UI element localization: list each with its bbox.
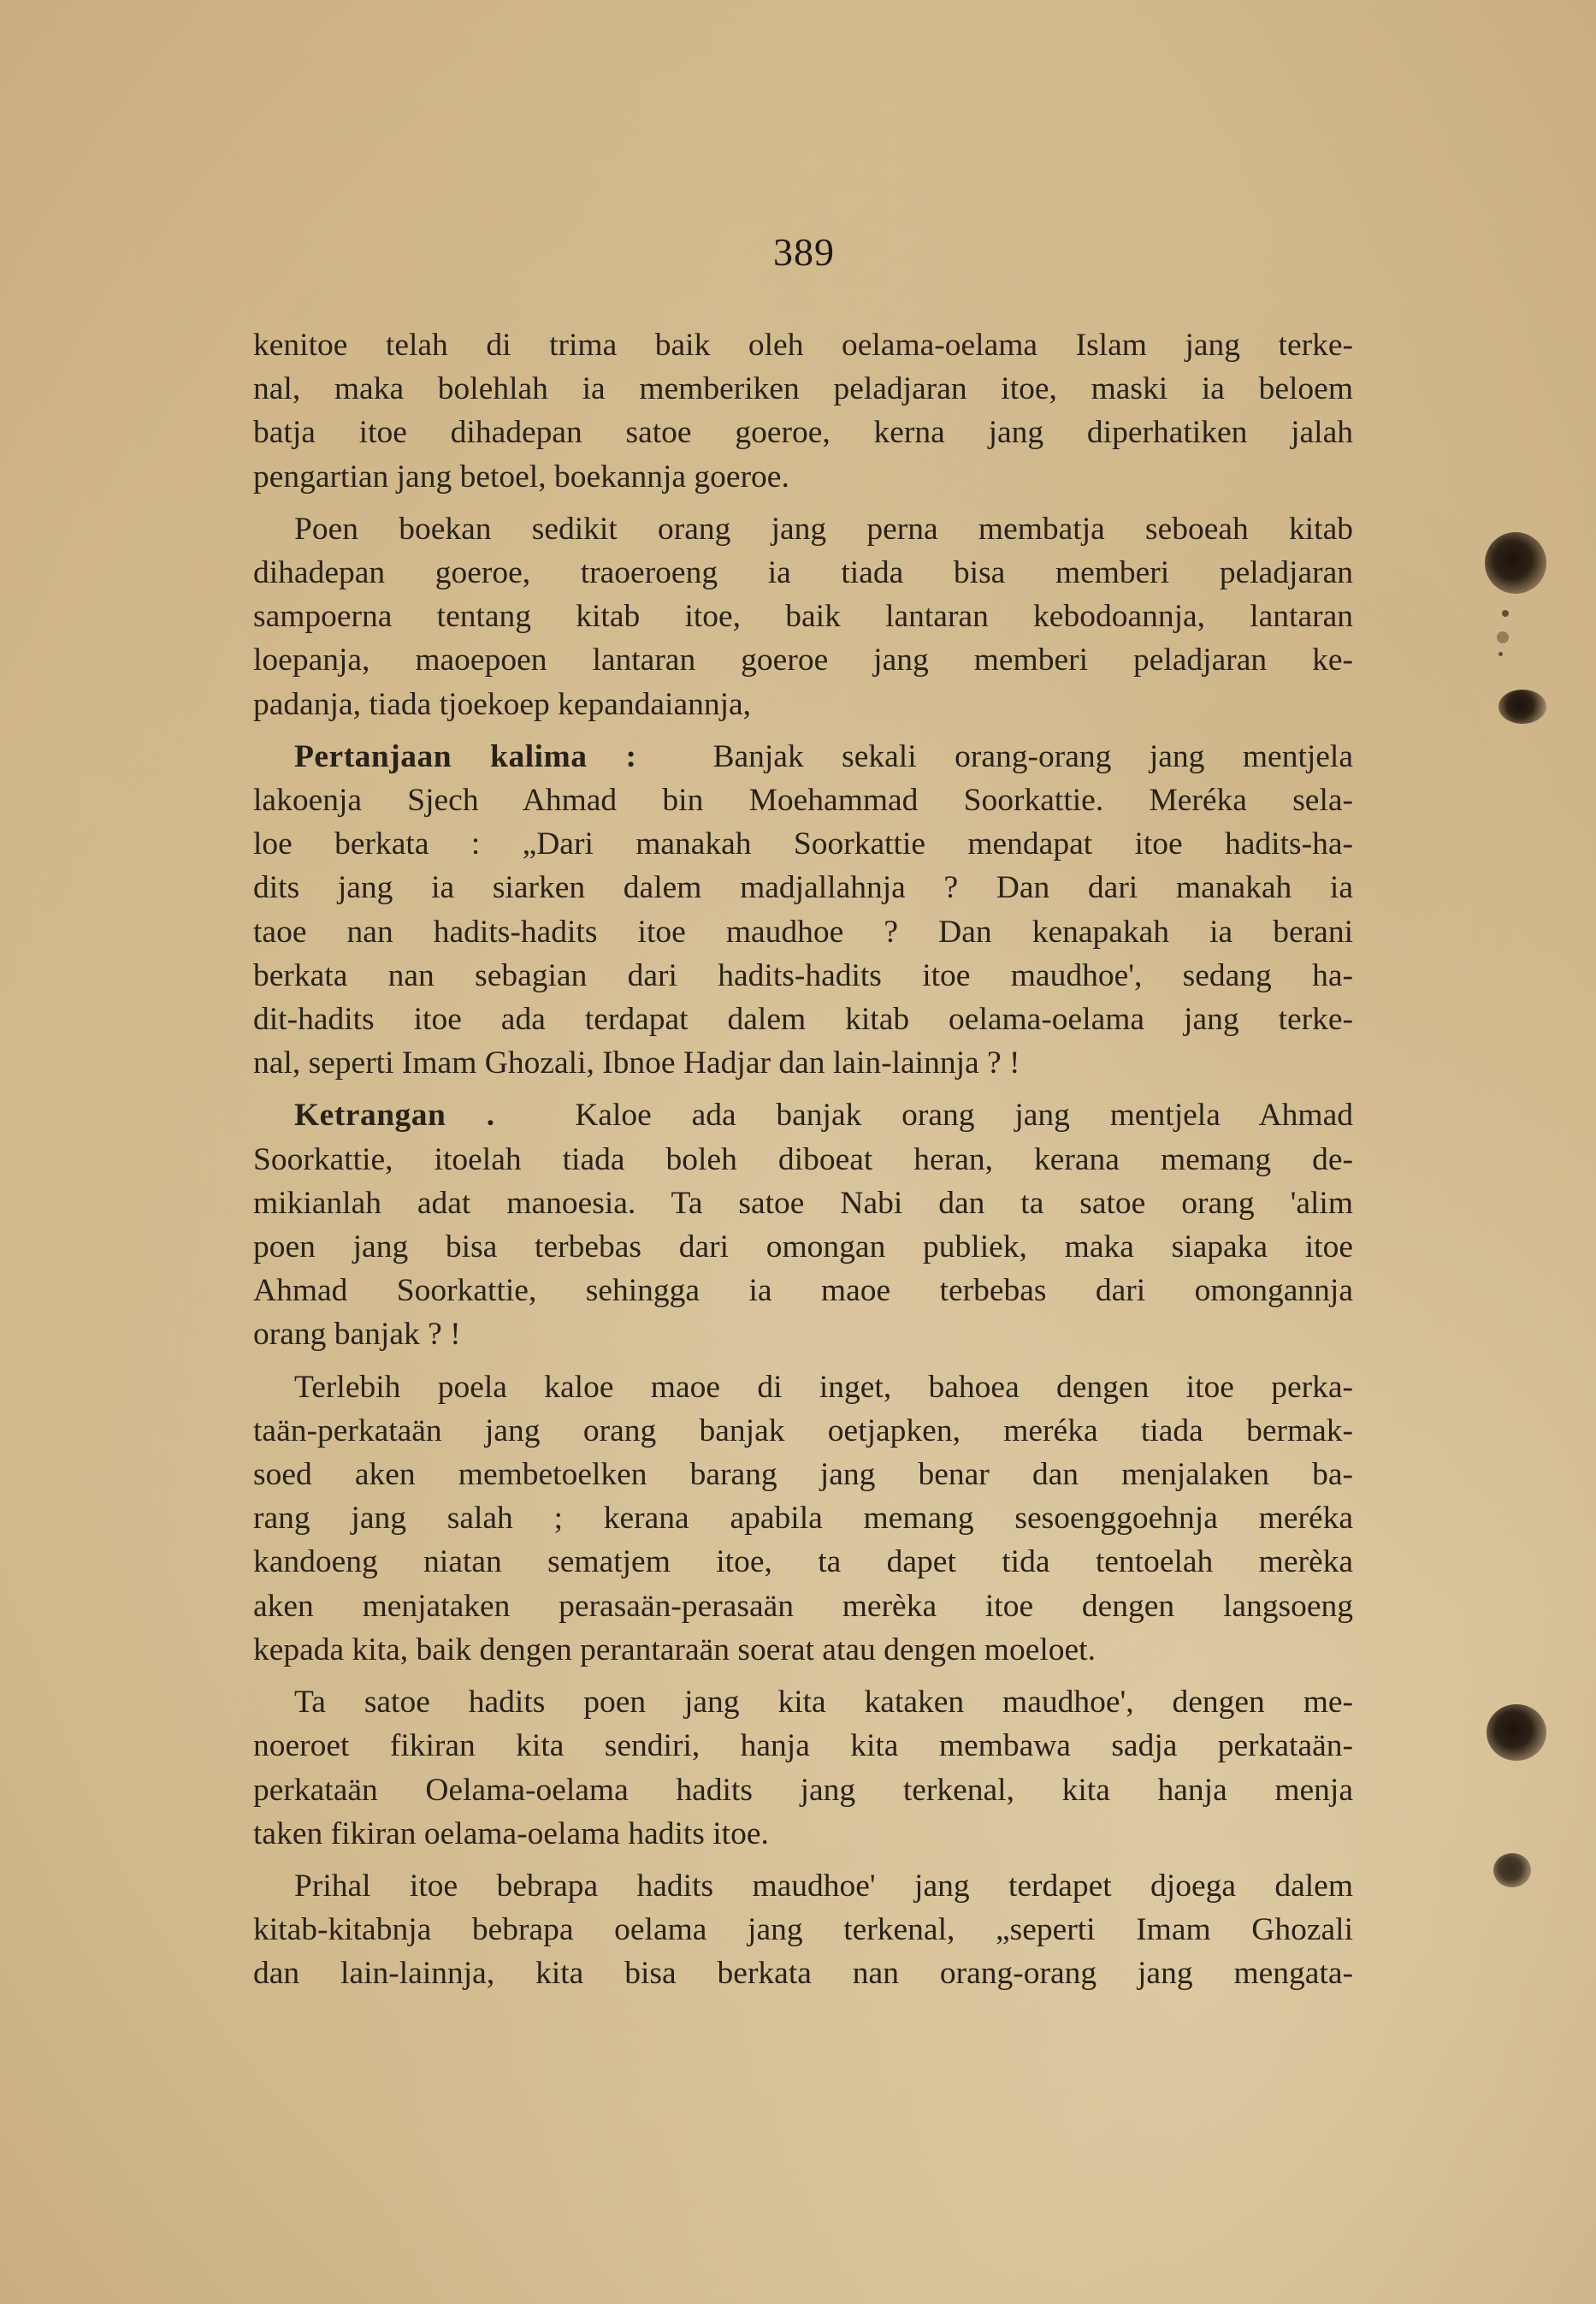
text-line: Soorkattie, itoelah tiada boleh diboeat … bbox=[253, 1138, 1353, 1182]
text-line: taän-perkataän jang orang banjak oetjapk… bbox=[253, 1409, 1353, 1453]
question-five-paragraph: Pertanjaan kalima : Banjak sekali orang-… bbox=[253, 735, 1353, 1086]
text-line: berkata nan sebagian dari hadits-hadits … bbox=[253, 954, 1353, 998]
text-line: perkataän Oelama-oelama hadits jang terk… bbox=[253, 1768, 1353, 1812]
ink-speck-icon bbox=[1502, 610, 1509, 617]
ink-blot-icon bbox=[1493, 1853, 1531, 1887]
text-line: loepanja, maoepoen lantaran goeroe jang … bbox=[253, 638, 1353, 682]
paragraph-6: Ta satoe hadits poen jang kita kataken m… bbox=[253, 1680, 1353, 1856]
text-line: sampoerna tentang kitab itoe, baik lanta… bbox=[253, 595, 1353, 638]
ink-blot-icon bbox=[1485, 532, 1546, 594]
text-line: kandoeng niatan sematjem itoe, ta dapet … bbox=[253, 1540, 1353, 1584]
text-line: Pertanjaan kalima : Banjak sekali orang-… bbox=[253, 735, 1353, 779]
text-line: kitab-kitabnja bebrapa oelama jang terke… bbox=[253, 1908, 1353, 1952]
question-heading: Pertanjaan kalima : bbox=[294, 739, 637, 774]
text-line: Prihal itoe bebrapa hadits maudhoe' jang… bbox=[253, 1864, 1353, 1908]
ink-blot-icon bbox=[1498, 690, 1546, 724]
text-line: nal, seperti Imam Ghozali, Ibnoe Hadjar … bbox=[253, 1041, 1353, 1085]
text-line: dit-hadits itoe ada terdapat dalem kitab… bbox=[253, 998, 1353, 1041]
text-line: noeroet fikiran kita sendiri, hanja kita… bbox=[253, 1724, 1353, 1768]
text-line: mikianlah adat manoesia. Ta satoe Nabi d… bbox=[253, 1182, 1353, 1225]
paragraph-5: Terlebih poela kaloe maoe di inget, baho… bbox=[253, 1365, 1353, 1672]
text-line: lakoenja Sjech Ahmad bin Moehammad Soork… bbox=[253, 779, 1353, 822]
text-line: aken menjataken perasaän-perasaän merèka… bbox=[253, 1584, 1353, 1628]
text-line: Poen boekan sedikit orang jang perna mem… bbox=[253, 507, 1353, 551]
text-line: Terlebih poela kaloe maoe di inget, baho… bbox=[253, 1365, 1353, 1409]
text-line: loe berkata : „Dari manakah Soorkattie m… bbox=[253, 822, 1353, 866]
text-line: dits jang ia siarken dalem madjallahnja … bbox=[253, 866, 1353, 909]
paragraph-1: kenitoe telah di trima baik oleh oelama-… bbox=[253, 323, 1353, 499]
text-line: rang jang salah ; kerana apabila memang … bbox=[253, 1496, 1353, 1540]
text-line: dihadepan goeroe, traoeroeng ia tiada bi… bbox=[253, 551, 1353, 595]
text-line: taoe nan hadits-hadits itoe maudhoe ? Da… bbox=[253, 910, 1353, 954]
text-line: kepada kita, baik dengen perantaraän soe… bbox=[253, 1628, 1353, 1672]
text-line: nal, maka bolehlah ia memberiken peladja… bbox=[253, 367, 1353, 411]
text-line: Ahmad Soorkattie, sehingga ia maoe terbe… bbox=[253, 1269, 1353, 1312]
text-line: dan lain-lainnja, kita bisa berkata nan … bbox=[253, 1952, 1353, 1995]
text-line: kenitoe telah di trima baik oleh oelama-… bbox=[253, 323, 1353, 367]
page-number: 389 bbox=[0, 229, 1596, 275]
ink-blot-icon bbox=[1487, 1704, 1546, 1761]
scanned-page: 389 kenitoe telah di trima baik oleh oel… bbox=[0, 0, 1596, 2304]
explanation-heading: Ketrangan . bbox=[294, 1098, 495, 1133]
ink-speck-icon bbox=[1497, 631, 1509, 643]
paragraph-2: Poen boekan sedikit orang jang perna mem… bbox=[253, 507, 1353, 726]
text-line: Ketrangan . Kaloe ada banjak orang jang … bbox=[253, 1093, 1353, 1137]
text-line: padanja, tiada tjoekoep kepandaiannja, bbox=[253, 683, 1353, 726]
text-line: orang banjak ? ! bbox=[253, 1312, 1353, 1356]
body-text: kenitoe telah di trima baik oleh oelama-… bbox=[253, 323, 1353, 2005]
text-line: soed aken membetoelken barang jang benar… bbox=[253, 1453, 1353, 1496]
ink-speck-icon bbox=[1498, 652, 1503, 656]
paragraph-7: Prihal itoe bebrapa hadits maudhoe' jang… bbox=[253, 1864, 1353, 1996]
text-line: taken fikiran oelama-oelama hadits itoe. bbox=[253, 1812, 1353, 1856]
text-line: batja itoe dihadepan satoe goeroe, kerna… bbox=[253, 411, 1353, 454]
text-line: poen jang bisa terbebas dari omongan pub… bbox=[253, 1225, 1353, 1269]
explanation-paragraph: Ketrangan . Kaloe ada banjak orang jang … bbox=[253, 1093, 1353, 1356]
text-line: Ta satoe hadits poen jang kita kataken m… bbox=[253, 1680, 1353, 1724]
text-line: pengartian jang betoel, boekannja goeroe… bbox=[253, 455, 1353, 499]
